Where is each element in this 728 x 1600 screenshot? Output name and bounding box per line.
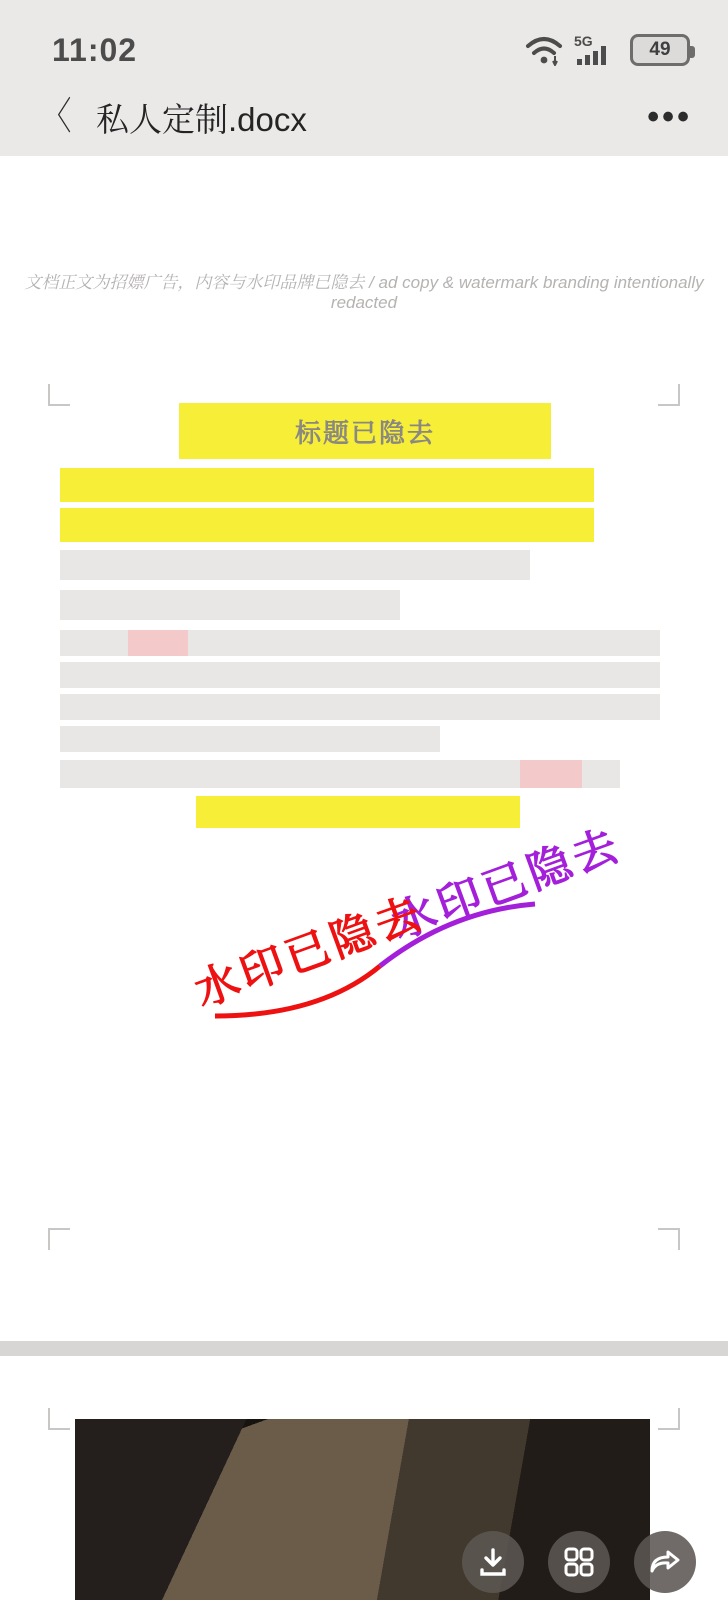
redacted-line (60, 662, 660, 688)
share-button[interactable] (634, 1531, 696, 1593)
share-icon (648, 1546, 682, 1578)
status-bar: 11:02 5G 49 (0, 0, 728, 86)
back-chevron-icon[interactable]: 〈 (35, 98, 79, 136)
margin-mark (48, 384, 70, 406)
watermark-swoosh (210, 856, 540, 1026)
svg-text:5G: 5G (574, 33, 593, 49)
redacted-heading: 标题已隐去 (179, 403, 551, 459)
clock: 11:02 (52, 32, 137, 69)
redacted-line (60, 590, 400, 620)
grid-view-button[interactable] (548, 1531, 610, 1593)
redacted-line (196, 796, 520, 828)
wifi-icon (524, 34, 564, 66)
download-icon (477, 1546, 509, 1578)
redacted-line (60, 726, 440, 752)
document-page-2 (0, 1356, 728, 1600)
grid-icon (563, 1546, 595, 1578)
battery-icon: 49 (630, 34, 690, 66)
battery-percent: 49 (649, 39, 670, 61)
redacted-line (60, 468, 594, 502)
redacted-accent (128, 630, 188, 656)
redacted-line (60, 550, 530, 580)
nav-bar: 〈 私人定制.docx ••• (0, 86, 728, 156)
document-viewer[interactable]: 文档正文为招嫖广告，内容与水印品牌已隐去 / ad copy & waterma… (0, 156, 728, 1600)
redacted-line (60, 508, 594, 542)
redaction-note: 文档正文为招嫖广告，内容与水印品牌已隐去 / ad copy & waterma… (0, 268, 728, 313)
margin-mark (658, 1408, 680, 1430)
margin-mark (48, 1408, 70, 1430)
document-title: 私人定制.docx (96, 94, 647, 141)
page-divider (0, 1341, 728, 1356)
download-button[interactable] (462, 1531, 524, 1593)
more-menu-icon[interactable]: ••• (647, 98, 692, 137)
document-page-1: 文档正文为招嫖广告，内容与水印品牌已隐去 / ad copy & waterma… (0, 156, 728, 1341)
redacted-accent (520, 760, 582, 788)
margin-mark (658, 384, 680, 406)
redacted-line (60, 694, 660, 720)
signal-5g-icon: 5G (574, 33, 620, 67)
margin-mark (48, 1228, 70, 1250)
margin-mark (658, 1228, 680, 1250)
